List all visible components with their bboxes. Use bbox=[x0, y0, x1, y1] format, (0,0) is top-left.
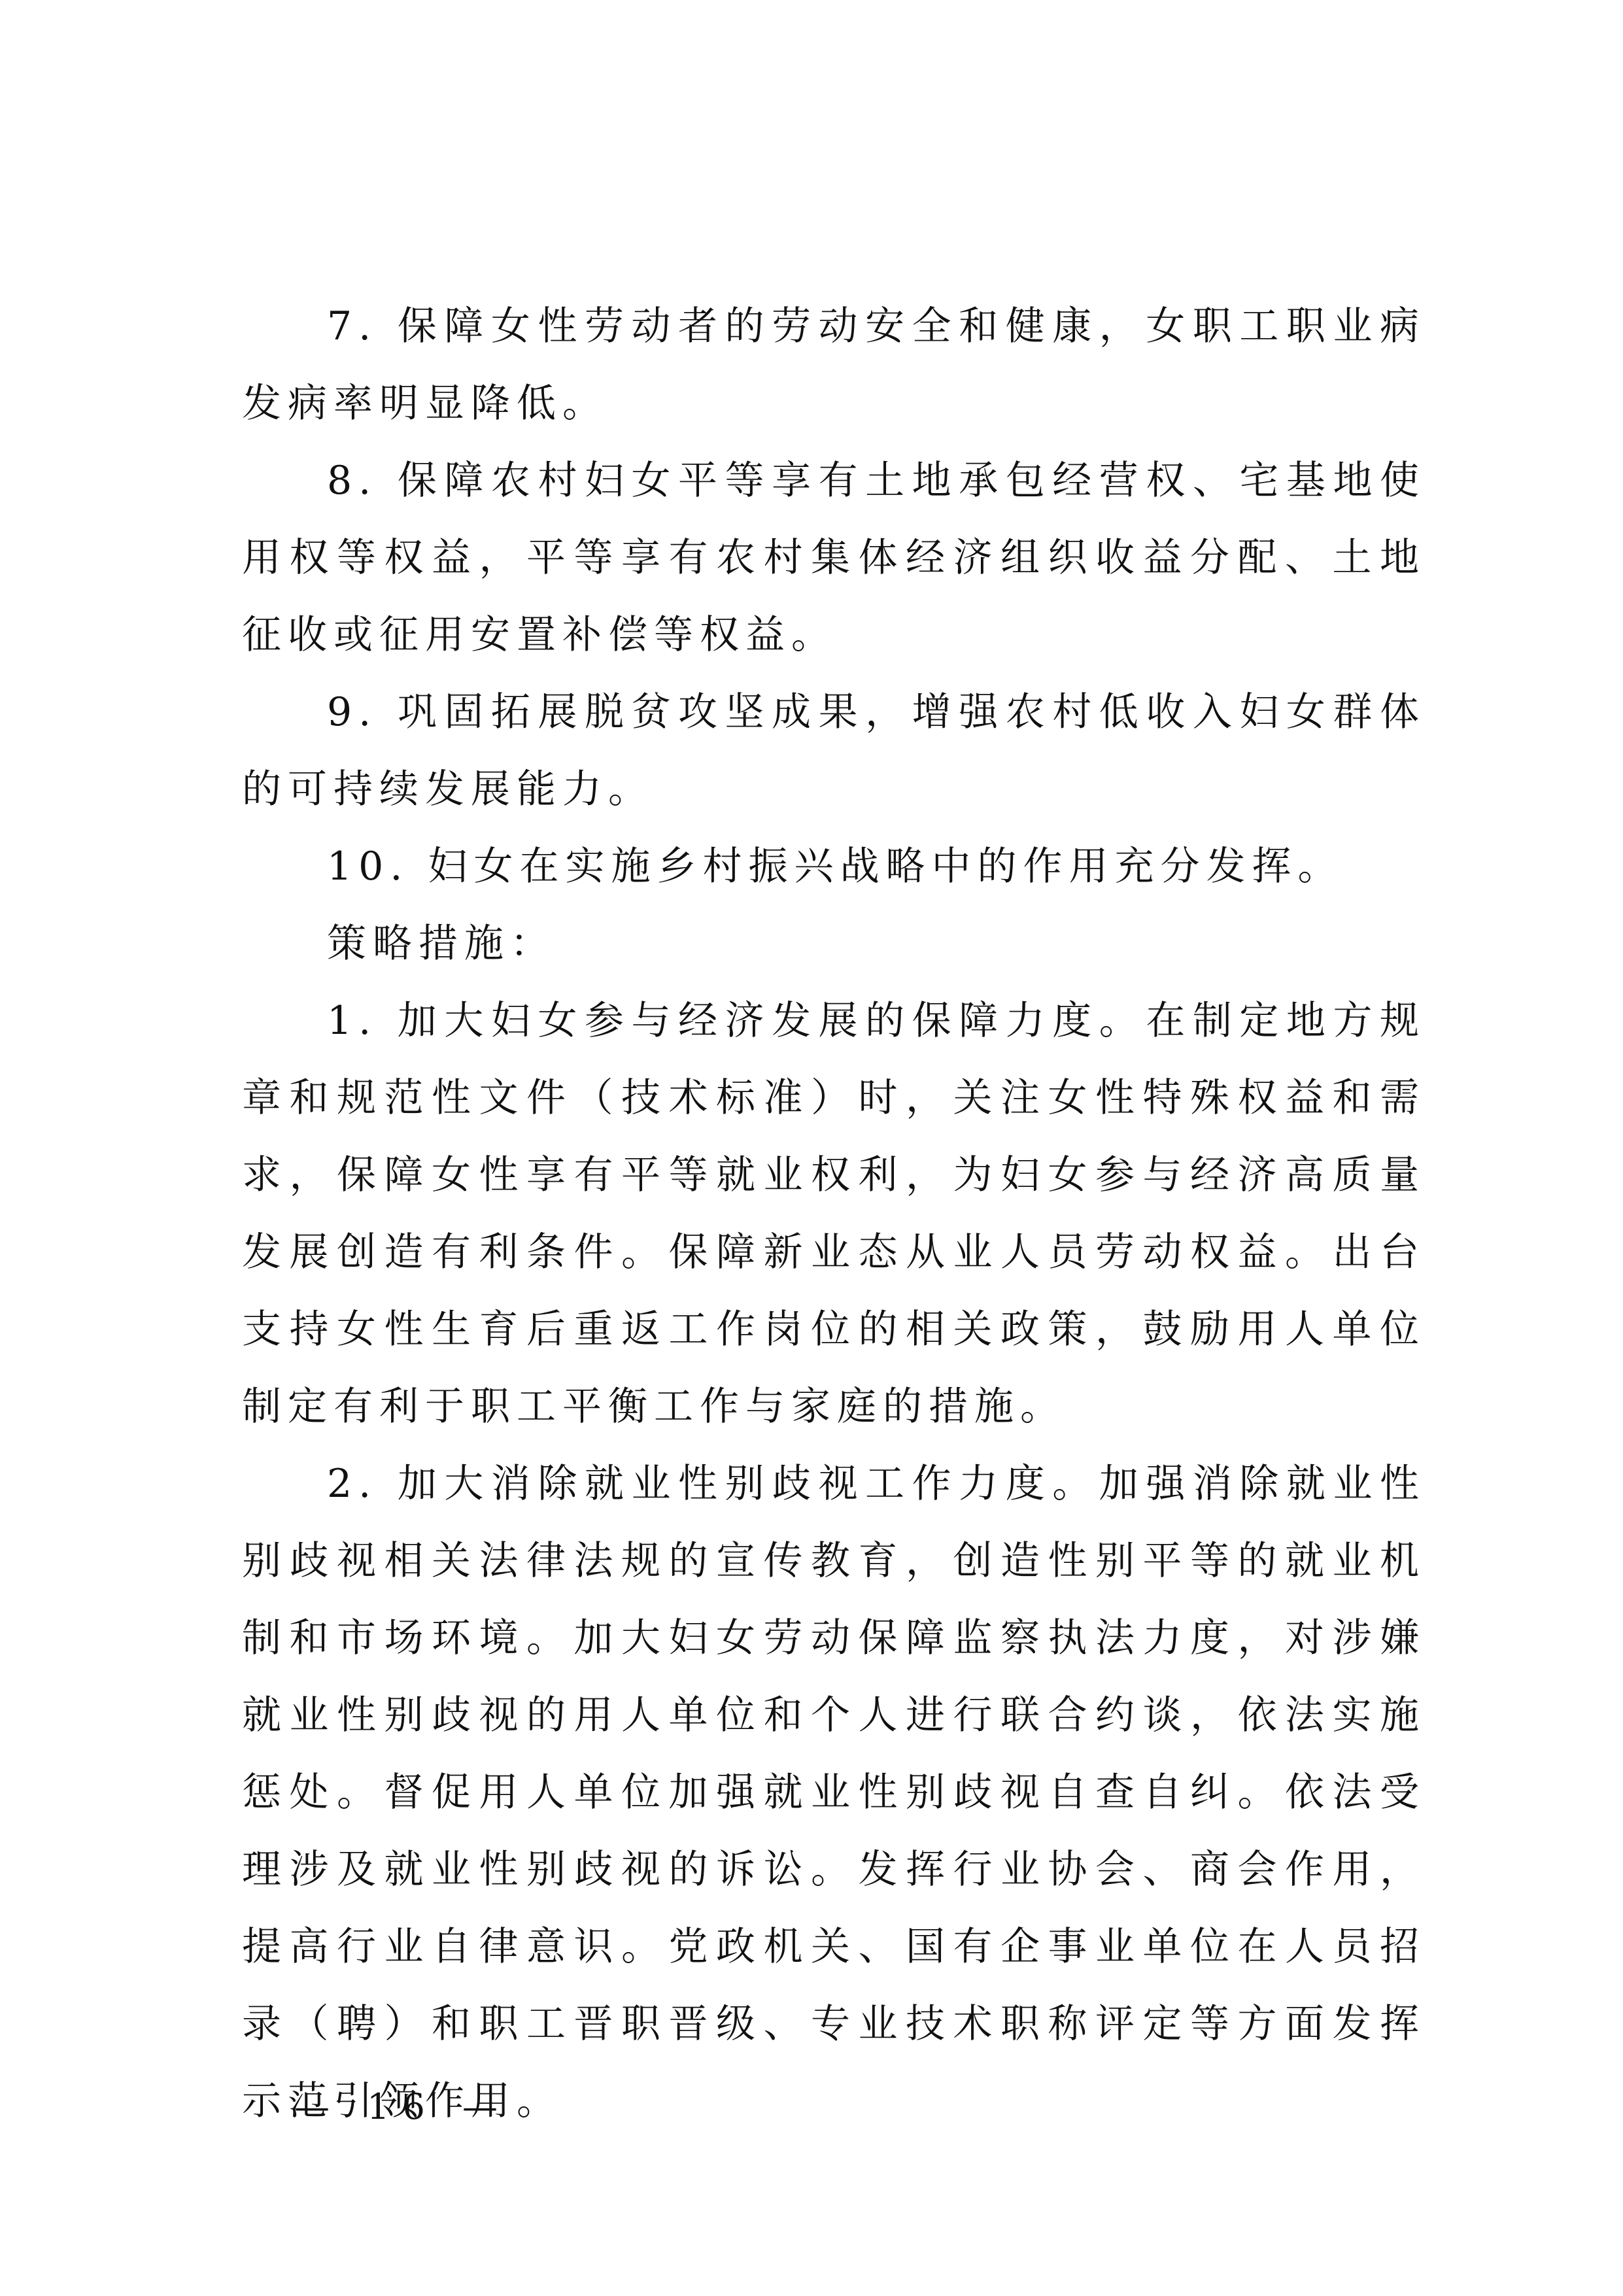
paragraph-goal-9: 9. 巩固拓展脱贫攻坚成果，增强农村低收入妇女群体的可持续发展能力。 bbox=[242, 674, 1426, 828]
paragraph-measure-2: 2. 加大消除就业性别歧视工作力度。加强消除就业性别歧视相关法律法规的宣传教育，… bbox=[242, 1445, 1426, 2140]
paragraph-goal-10: 10. 妇女在实施乡村振兴战略中的作用充分发挥。 bbox=[242, 828, 1426, 905]
paragraph-goal-7: 7. 保障女性劳动者的劳动安全和健康，女职工职业病发病率明显降低。 bbox=[242, 288, 1426, 442]
section-heading-measures: 策略措施： bbox=[242, 905, 1426, 982]
document-body: 7. 保障女性劳动者的劳动安全和健康，女职工职业病发病率明显降低。 8. 保障农… bbox=[242, 288, 1426, 2140]
paragraph-measure-1: 1. 加大妇女参与经济发展的保障力度。在制定地方规章和规范性文件（技术标准）时，… bbox=[242, 982, 1426, 1445]
page-number: — 16 — bbox=[294, 2086, 511, 2127]
paragraph-goal-8: 8. 保障农村妇女平等享有土地承包经营权、宅基地使用权等权益，平等享有农村集体经… bbox=[242, 442, 1426, 674]
